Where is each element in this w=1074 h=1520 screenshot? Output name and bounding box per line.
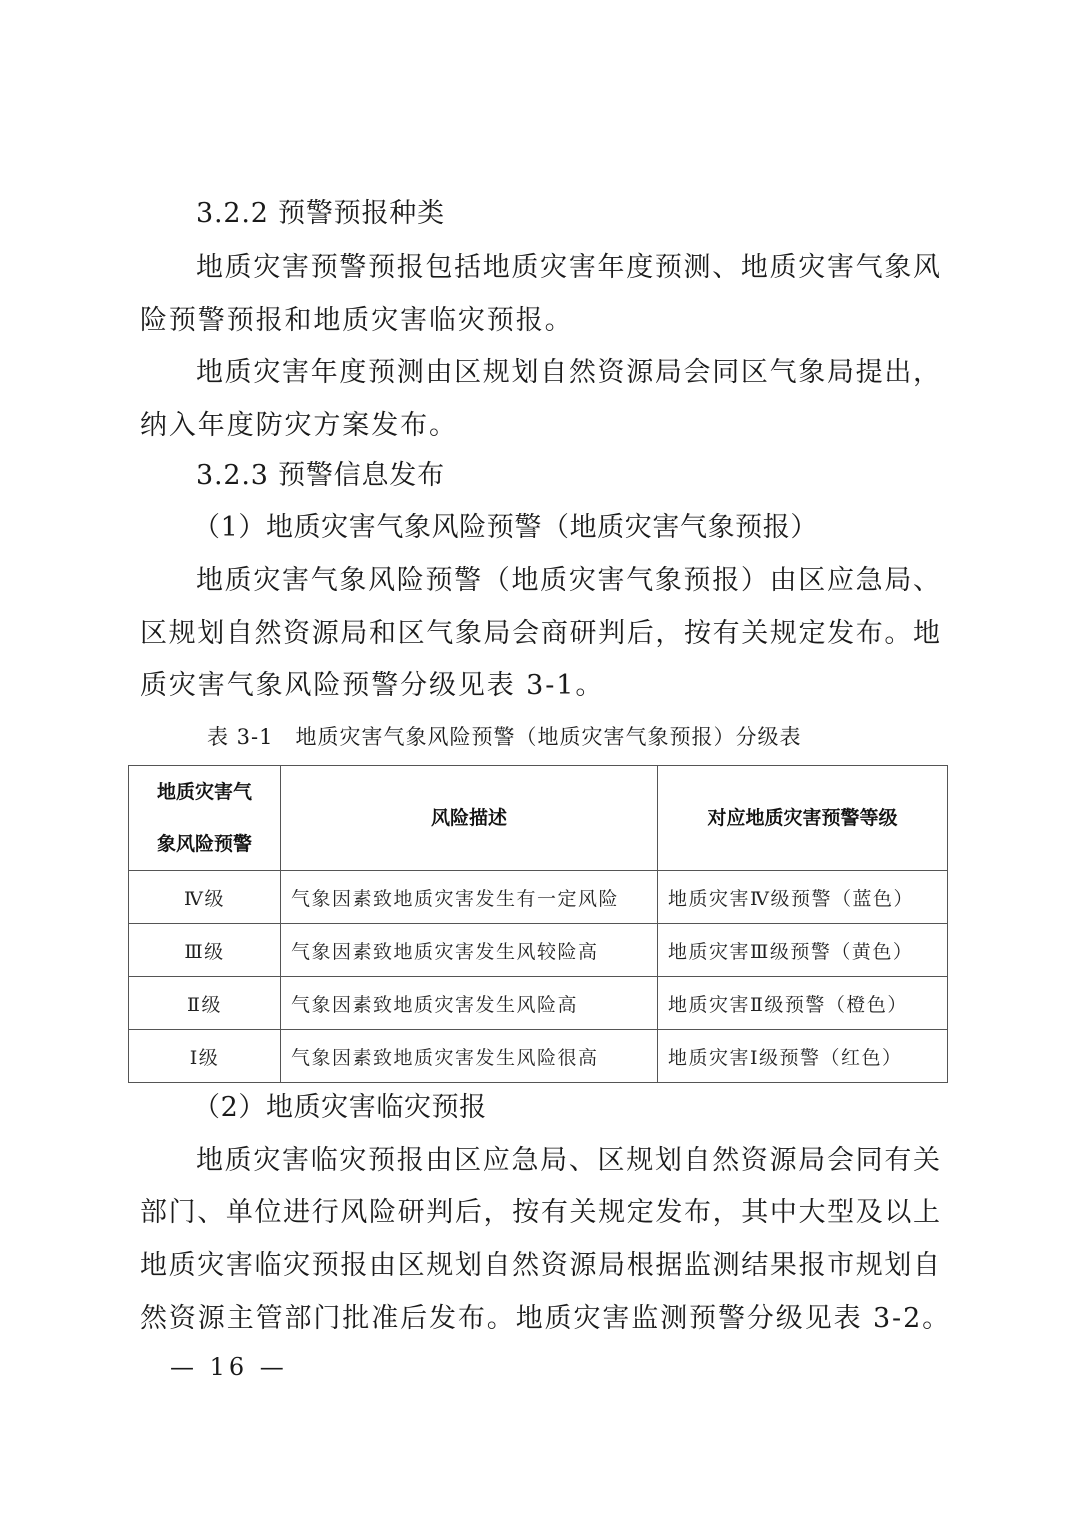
description-cell: 气象因素致地质灾害发生风险很高 <box>281 1030 658 1083</box>
section-heading-3-2-3: 3.2.3 预警信息发布 <box>196 458 940 494</box>
level-cell: 地质灾害Ⅳ级预警（蓝色） <box>658 871 948 924</box>
table-header-row: 地质灾害气 象风险预警 风险描述 对应地质灾害预警等级 <box>129 766 948 871</box>
paragraph-line: 地质灾害年度预测由区规划自然资源局会同区气象局提出， <box>196 355 940 391</box>
paragraph-line: 地质灾害临灾预报由区应急局、区规划自然资源局会同有关 <box>196 1143 940 1179</box>
paragraph-line: 地质灾害预警预报包括地质灾害年度预测、地质灾害气象风 <box>196 250 940 286</box>
grade-cell: Ⅱ级 <box>129 977 281 1030</box>
level-cell: 地质灾害Ⅲ级预警（黄色） <box>658 924 948 977</box>
level-cell: 地质灾害Ⅰ级预警（红色） <box>658 1030 948 1083</box>
paragraph-line: 地质灾害气象风险预警（地质灾害气象预报）由区应急局、 <box>196 563 940 599</box>
table-row: Ⅳ级 气象因素致地质灾害发生有一定风险 地质灾害Ⅳ级预警（蓝色） <box>129 871 948 924</box>
paragraph-line: 纳入年度防灾方案发布。 <box>140 408 940 444</box>
grade-cell: Ⅳ级 <box>129 871 281 924</box>
description-cell: 气象因素致地质灾害发生有一定风险 <box>281 871 658 924</box>
table-row: Ⅱ级 气象因素致地质灾害发生风险高 地质灾害Ⅱ级预警（橙色） <box>129 977 948 1030</box>
table-row: Ⅲ级 气象因素致地质灾害发生风较险高 地质灾害Ⅲ级预警（黄色） <box>129 924 948 977</box>
page-number: — 16 — <box>170 1352 288 1382</box>
description-cell: 气象因素致地质灾害发生风险高 <box>281 977 658 1030</box>
header-warning-level: 对应地质灾害预警等级 <box>658 766 948 871</box>
subsection-heading-1: （1）地质灾害气象风险预警（地质灾害气象预报） <box>193 510 993 546</box>
paragraph-line: 质灾害气象风险预警分级见表 3-1。 <box>140 668 940 704</box>
document-page: 3.2.2 预警预报种类 地质灾害预警预报包括地质灾害年度预测、地质灾害气象风 … <box>0 0 1074 1520</box>
header-risk-warning-line1: 地质灾害气 <box>129 766 280 818</box>
table-caption: 表 3-1 地质灾害气象风险预警（地质灾害气象预报）分级表 <box>207 723 802 751</box>
paragraph-line: 险预警预报和地质灾害临灾预报。 <box>140 303 940 339</box>
grade-cell: Ⅲ级 <box>129 924 281 977</box>
paragraph-line: 部门、单位进行风险研判后，按有关规定发布，其中大型及以上 <box>140 1195 940 1231</box>
section-heading-3-2-2: 3.2.2 预警预报种类 <box>196 196 940 232</box>
level-cell: 地质灾害Ⅱ级预警（橙色） <box>658 977 948 1030</box>
paragraph-line: 然资源主管部门批准后发布。地质灾害监测预警分级见表 3-2。 <box>140 1301 940 1337</box>
paragraph-line: 地质灾害临灾预报由区规划自然资源局根据监测结果报市规划自 <box>140 1248 940 1284</box>
paragraph-line: 区规划自然资源局和区气象局会商研判后，按有关规定发布。地 <box>140 616 940 652</box>
subsection-heading-2: （2）地质灾害临灾预报 <box>193 1090 993 1126</box>
header-risk-description: 风险描述 <box>281 766 658 871</box>
description-cell: 气象因素致地质灾害发生风较险高 <box>281 924 658 977</box>
header-risk-warning-line2: 象风险预警 <box>129 818 280 870</box>
header-risk-warning: 地质灾害气 象风险预警 <box>129 766 281 871</box>
warning-grade-table: 地质灾害气 象风险预警 风险描述 对应地质灾害预警等级 Ⅳ级 气象因素致地质灾害… <box>128 765 948 1083</box>
table-row: Ⅰ级 气象因素致地质灾害发生风险很高 地质灾害Ⅰ级预警（红色） <box>129 1030 948 1083</box>
grade-cell: Ⅰ级 <box>129 1030 281 1083</box>
